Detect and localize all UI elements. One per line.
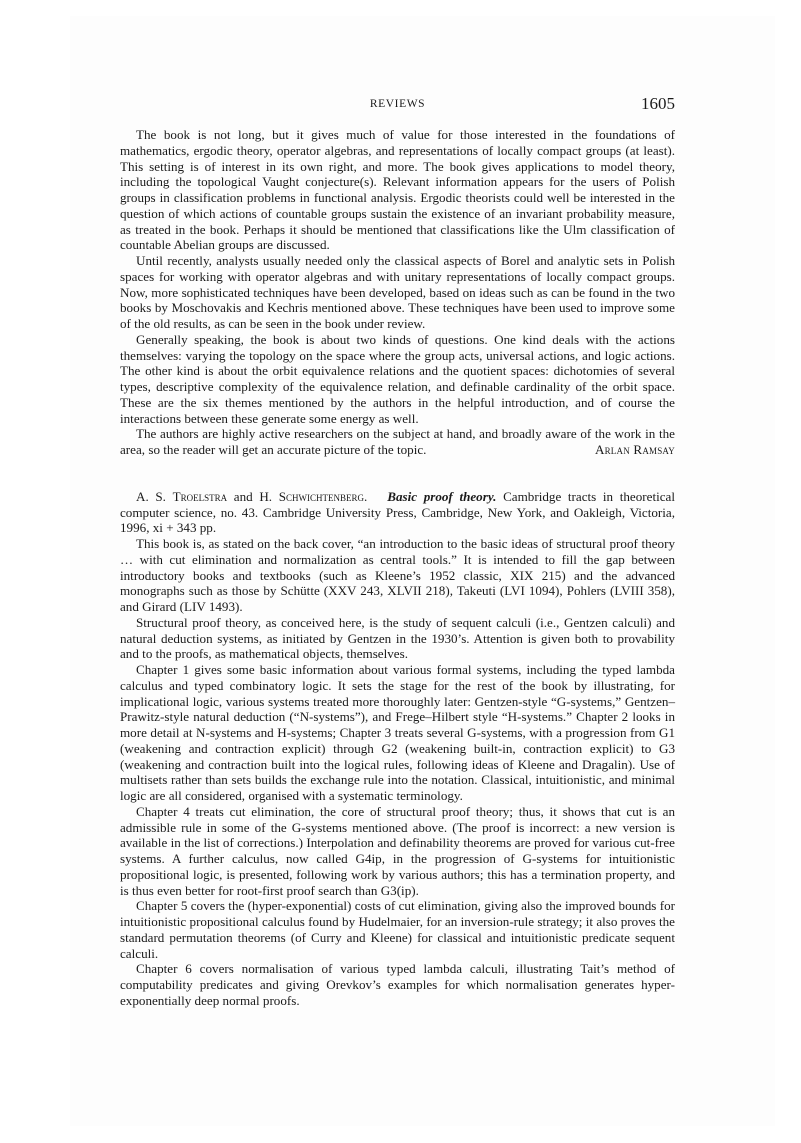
paragraph: Until recently, analysts usually needed … bbox=[120, 253, 675, 332]
paragraph: Chapter 6 covers normalisation of variou… bbox=[120, 961, 675, 1008]
paragraph: Chapter 4 treats cut elimination, the co… bbox=[120, 804, 675, 899]
reviewer-signature: Arlan Ramsay bbox=[579, 442, 675, 458]
page-number: 1605 bbox=[641, 94, 675, 114]
citation-punctuation: . bbox=[364, 489, 387, 504]
author-surname: Troelstra bbox=[173, 489, 228, 504]
running-head-title: REVIEWS bbox=[120, 98, 675, 110]
bibliographic-citation: A. S. Troelstra and H. Schwichtenberg. B… bbox=[120, 489, 675, 536]
running-head: REVIEWS 1605 bbox=[120, 94, 675, 114]
review-ramsay: The book is not long, but it gives much … bbox=[120, 127, 675, 458]
paragraph: Structural proof theory, as conceived he… bbox=[120, 615, 675, 662]
review-troelstra-schwichtenberg: A. S. Troelstra and H. Schwichtenberg. B… bbox=[120, 489, 675, 1009]
page-body: The book is not long, but it gives much … bbox=[120, 127, 675, 1009]
paragraph: Chapter 1 gives some basic information a… bbox=[120, 662, 675, 804]
book-title: Basic proof theory. bbox=[387, 489, 496, 504]
paragraph: Generally speaking, the book is about tw… bbox=[120, 332, 675, 427]
paragraph-with-signature: The authors are highly active researcher… bbox=[120, 426, 675, 458]
author-surname: Schwichtenberg bbox=[279, 489, 364, 504]
citation-conjunction: and H. bbox=[227, 489, 279, 504]
paragraph: The book is not long, but it gives much … bbox=[120, 127, 675, 253]
review-separator bbox=[120, 458, 675, 489]
paragraph: Chapter 5 covers the (hyper-exponential)… bbox=[120, 898, 675, 961]
author-initials: A. S. bbox=[136, 489, 173, 504]
paragraph: This book is, as stated on the back cove… bbox=[120, 536, 675, 615]
